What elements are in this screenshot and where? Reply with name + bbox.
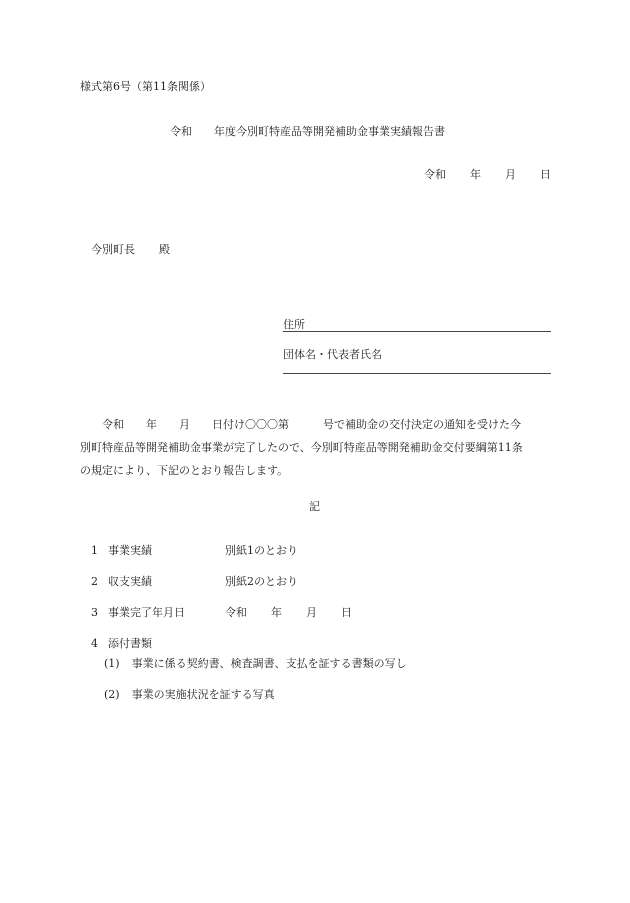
title-text: 年度今別町特産品等開発補助金事業実績報告書 xyxy=(214,125,445,138)
item-number: 2 xyxy=(91,575,98,588)
body-line-2: 別町特産品等開発補助金事業が完了したので、今別町特産品等開発補助金交付要綱第11… xyxy=(80,436,552,459)
title-era: 令和 xyxy=(170,125,192,138)
item-2: 2収支実績 xyxy=(91,575,152,589)
item-4: 4添付書類 xyxy=(91,637,152,651)
item-number: 1 xyxy=(91,544,98,557)
org-representative-label: 団体名・代表者氏名 xyxy=(283,348,382,362)
form-number: 様式第6号（第11条関係） xyxy=(80,80,211,94)
address-label: 住所 xyxy=(283,318,305,332)
addressee-honorific: 殿 xyxy=(159,243,170,256)
body-line-1: 令和年月日付け〇〇〇第号で補助金の交付決定の通知を受けた今 xyxy=(80,413,552,436)
item-3-value: 令和年月日 xyxy=(225,606,352,620)
item-label: 事業実績 xyxy=(108,544,152,557)
addressee: 今別町長殿 xyxy=(91,243,170,257)
org-representative-underline xyxy=(283,373,551,374)
report-date: 令和年月日 xyxy=(424,168,551,182)
date-day: 日 xyxy=(540,168,551,181)
date-year: 年 xyxy=(470,168,481,181)
item-2-value: 別紙2のとおり xyxy=(225,575,298,589)
document-title: 令和年度今別町特産品等開発補助金事業実績報告書 xyxy=(170,125,445,139)
attachment-1: (1)事業に係る契約書、検査調書、支払を証する書類の写し xyxy=(104,657,407,671)
item-number: 4 xyxy=(91,637,98,650)
date-month: 月 xyxy=(505,168,516,181)
item-1: 1事業実績 xyxy=(91,544,152,558)
attachment-number: (2) xyxy=(104,688,120,701)
attachment-text: 事業の実施状況を証する写真 xyxy=(132,688,275,701)
ki-heading: 記 xyxy=(309,500,320,514)
item-number: 3 xyxy=(91,606,98,619)
item-label: 収支実績 xyxy=(108,575,152,588)
attachment-text: 事業に係る契約書、検査調書、支払を証する書類の写し xyxy=(132,657,407,670)
item-label: 事業完了年月日 xyxy=(108,606,185,619)
body-paragraph: 令和年月日付け〇〇〇第号で補助金の交付決定の通知を受けた今 別町特産品等開発補助… xyxy=(80,413,552,482)
item-3: 3事業完了年月日 xyxy=(91,606,185,620)
attachment-2: (2)事業の実施状況を証する写真 xyxy=(104,688,275,702)
body-line-3: の規定により、下記のとおり報告します。 xyxy=(80,459,552,482)
address-underline xyxy=(283,331,551,332)
item-label: 添付書類 xyxy=(108,637,152,650)
date-era: 令和 xyxy=(424,168,446,181)
attachment-number: (1) xyxy=(104,657,120,670)
addressee-name: 今別町長 xyxy=(91,243,135,256)
item-1-value: 別紙1のとおり xyxy=(225,544,298,558)
